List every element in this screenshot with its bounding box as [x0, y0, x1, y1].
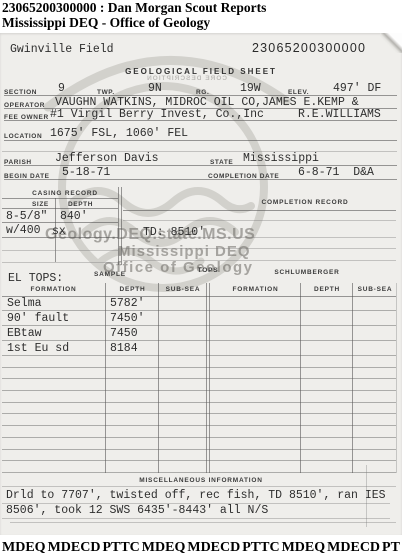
- formation-cell: 1st Eu sd: [7, 342, 69, 355]
- footer-word: MDECD: [187, 538, 240, 558]
- sample-band-label: SAMPLE: [80, 271, 140, 278]
- table-row: [2, 461, 396, 473]
- table-row: [2, 379, 396, 391]
- rule-line: [2, 250, 118, 251]
- schlumberger-band-label: SCHLUMBERGER: [252, 269, 362, 276]
- rule-line: [2, 518, 390, 519]
- col-header-depth-right: DEPTH: [302, 286, 352, 293]
- state-value: Mississippi: [243, 153, 319, 165]
- api-number-stamp: 23065200300000: [252, 41, 366, 55]
- table-row: Selma5782': [2, 296, 396, 311]
- rule-line: [2, 208, 118, 209]
- table-right-edge: [396, 283, 397, 473]
- casing-size-value2: w/400: [6, 225, 41, 237]
- elev-value: 497' DF: [333, 83, 381, 95]
- footer-word: MDEQ: [2, 538, 46, 558]
- table-row: EBtaw7450: [2, 326, 396, 341]
- formation-cell: 90' fault: [7, 312, 69, 325]
- casing-depth-header: DEPTH: [68, 201, 93, 208]
- location-label: LOCATION: [4, 133, 42, 140]
- rule-line: [2, 198, 118, 199]
- misc-line2: 8506', took 12 SWS 6435'-8443' all N/S: [6, 505, 268, 517]
- section-value: 9: [58, 83, 65, 95]
- table-row: 90' fault7450': [2, 311, 396, 326]
- col-header-formation-right: FORMATION: [211, 286, 300, 293]
- rule-line: [123, 237, 396, 238]
- table-row: [2, 391, 396, 403]
- col-header-subsea-right: SUB-SEA: [354, 286, 396, 293]
- table-row: [2, 438, 396, 450]
- rule-line: [123, 248, 396, 249]
- rg-value: 19W: [240, 83, 261, 95]
- footer-word: PT: [382, 538, 400, 558]
- depth-cell: 7450: [110, 327, 138, 340]
- table-row: [2, 426, 396, 438]
- table-row: [2, 450, 396, 462]
- formation-cell: Selma: [7, 297, 42, 310]
- tops-band-label: TOPS: [188, 267, 228, 274]
- col-header-depth-left: DEPTH: [107, 286, 158, 293]
- completion-record-title: COMPLETION RECORD: [215, 199, 395, 206]
- parish-value: Jefferson Davis: [55, 153, 159, 165]
- rule-line: [2, 237, 118, 238]
- footer-word: MDEQ: [282, 538, 326, 558]
- margin-line: [366, 465, 367, 527]
- page-bottom-rule: [10, 522, 396, 523]
- rule-line: [2, 486, 396, 487]
- casing-record-title: CASING RECORD: [25, 190, 105, 197]
- el-tops-note: EL TOPS:: [8, 273, 63, 285]
- rule-line: [123, 220, 396, 221]
- table-row: [2, 356, 396, 368]
- page-curl-corner: [380, 33, 402, 53]
- depth-cell: 5782': [110, 297, 145, 310]
- double-column-line: [121, 187, 122, 265]
- misc-info-title: MISCELLANEOUS INFORMATION: [0, 477, 402, 484]
- form-title: GEOLOGICAL FIELD SHEET: [0, 67, 402, 76]
- footer-word: PTTC: [102, 538, 139, 558]
- table-row: [2, 403, 396, 415]
- table-row: 1st Eu sd8184: [2, 341, 396, 356]
- field-name: Gwinville Field: [10, 44, 114, 56]
- misc-line1: Drld to 7707', twisted off, rec fish, TD…: [6, 490, 386, 502]
- table-row: [2, 368, 396, 380]
- watermark-agency: Mississippi DEQ: [118, 243, 251, 260]
- completion-date-value: 6-8-71 D&A: [298, 167, 374, 179]
- depth-cell: 7450': [110, 312, 145, 325]
- rule-line: [4, 120, 397, 121]
- page-header-title: 23065200300000 : Dan Morgan Scout Report…: [0, 0, 402, 15]
- rule-line: [2, 262, 118, 263]
- footer-word: MDEQ: [142, 538, 186, 558]
- footer-word: MDECD: [327, 538, 380, 558]
- table-row: [2, 414, 396, 426]
- casing-size-header: SIZE: [32, 201, 49, 208]
- depth-cell: 8184: [110, 342, 138, 355]
- double-column-line: [118, 187, 119, 265]
- rule-line: [2, 222, 118, 223]
- tops-table-rows: Selma5782'90' fault7450'EBtaw74501st Eu …: [2, 296, 396, 473]
- footer-bar: MDEQMDECDPTTCMDEQMDECDPTTCMDEQMDECDPT: [0, 535, 402, 558]
- rule-line: [4, 179, 397, 180]
- col-header-formation-left: FORMATION: [2, 286, 105, 293]
- footer-word: MDECD: [48, 538, 101, 558]
- formation-cell: EBtaw: [7, 327, 42, 340]
- rule-line: [4, 140, 397, 141]
- twp-value: 9N: [148, 83, 162, 95]
- bleed-through-text: CORE DESCRIPTION: [146, 75, 227, 82]
- footer-word: PTTC: [242, 538, 279, 558]
- scanned-field-sheet: Geology.DEQ.state.MS.US Mississippi DEQ …: [0, 33, 402, 535]
- col-header-subsea-left: SUB-SEA: [160, 286, 206, 293]
- begin-date-value: 5-18-71: [62, 167, 110, 179]
- location-value: 1675' FSL, 1060' FEL: [50, 128, 188, 140]
- rule-line: [123, 260, 396, 261]
- page-header: 23065200300000 : Dan Morgan Scout Report…: [0, 0, 402, 33]
- rule-line: [123, 210, 396, 211]
- page-header-subtitle: Mississippi DEQ - Office of Geology: [0, 15, 402, 30]
